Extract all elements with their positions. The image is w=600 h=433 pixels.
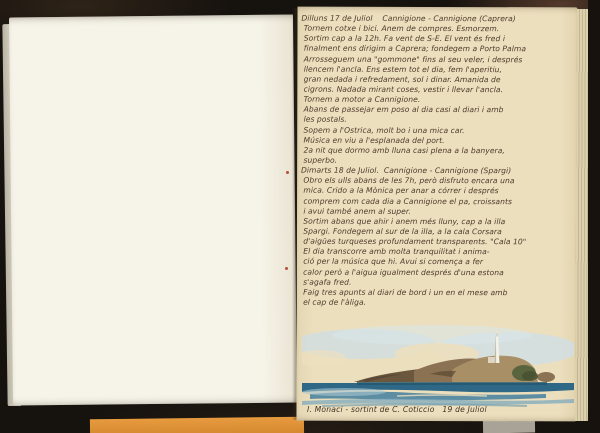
journal-line: El dia transcorre amb molta tranquilitat… <box>301 247 575 258</box>
sky-wash <box>302 325 574 366</box>
blank-left-page <box>9 15 297 406</box>
journal-line: mica. Crido a la Mònica per anar a córre… <box>301 186 575 197</box>
journal-line: Sortim cap a la 12h. Fa vent de S-E. El … <box>301 34 575 45</box>
journal-line: Obro els ulls abans de les 7h, però disf… <box>301 176 575 187</box>
journal-line: comprem com cada dia a Cannigione el pa,… <box>301 196 575 207</box>
painting-caption: I. Monaci - sortint de C. Coticcio 19 de… <box>307 405 547 414</box>
journal-line: Tornem cotxe i bici. Anem de compres. Es… <box>301 24 575 35</box>
red-ink-speck <box>285 267 288 270</box>
journal-line: Dimarts 18 de Juliol. Cannigione - Canni… <box>301 166 575 177</box>
journal-line: s'agafa fred. <box>301 277 575 288</box>
journal-line: Arrosseguem una "gommone" fins al seu ve… <box>301 54 575 65</box>
journal-line: Faig tres apunts al diari de bord i un e… <box>301 287 575 298</box>
journal-line: Sortim abans que ahir i anem més lluny, … <box>301 216 575 227</box>
journal-line: gran nedada i refredament, sol i dinar. … <box>301 74 575 85</box>
journal-line: i avui també anem al super. <box>301 206 575 217</box>
journal-line: Abans de passejar em poso al dia casi al… <box>301 105 575 116</box>
journal-line: llencem l'ancla. Ens estem tot el dia, f… <box>301 64 575 75</box>
journal-line: el cap de l'àliga. <box>301 298 575 309</box>
journal-line: finalment ens dirigim a Caprera; fondege… <box>301 44 575 55</box>
journal-line: calor però a l'aigua igualment després d… <box>301 267 575 278</box>
journal-line: ció per la música que hi. Avui si començ… <box>301 257 575 268</box>
journal-line: Música en viu a l'esplanada del port. <box>301 135 575 146</box>
journal-line: les postals. <box>301 115 575 126</box>
journal-line: Dilluns 17 de Juliol Cannigione - Cannig… <box>301 14 575 25</box>
watercolor-painting <box>302 324 574 408</box>
red-ink-speck <box>286 171 289 174</box>
journal-line: 2a nit que dormo amb lluna casi plena a … <box>301 145 575 156</box>
journal-entry: Dilluns 17 de Juliol Cannigione - Cannig… <box>301 14 576 309</box>
journal-line: d'aigües turqueses profundament transpar… <box>301 237 575 248</box>
orange-object-under-page <box>90 417 304 433</box>
journal-line: Sopem a l'Ostrica, molt bo i una mica ca… <box>301 125 575 136</box>
vegetation <box>512 365 538 381</box>
journal-line: Tornem a motor a Cannigione. <box>301 95 575 106</box>
notebook-cover-edge <box>588 0 600 433</box>
sea <box>302 382 574 406</box>
journal-line: Spargi. Fondegem al sur de la illa, a la… <box>301 227 575 238</box>
journal-line: superbo. <box>301 156 575 167</box>
journal-line: cigrons. Nadada mirant coses, vestir i l… <box>301 85 575 96</box>
